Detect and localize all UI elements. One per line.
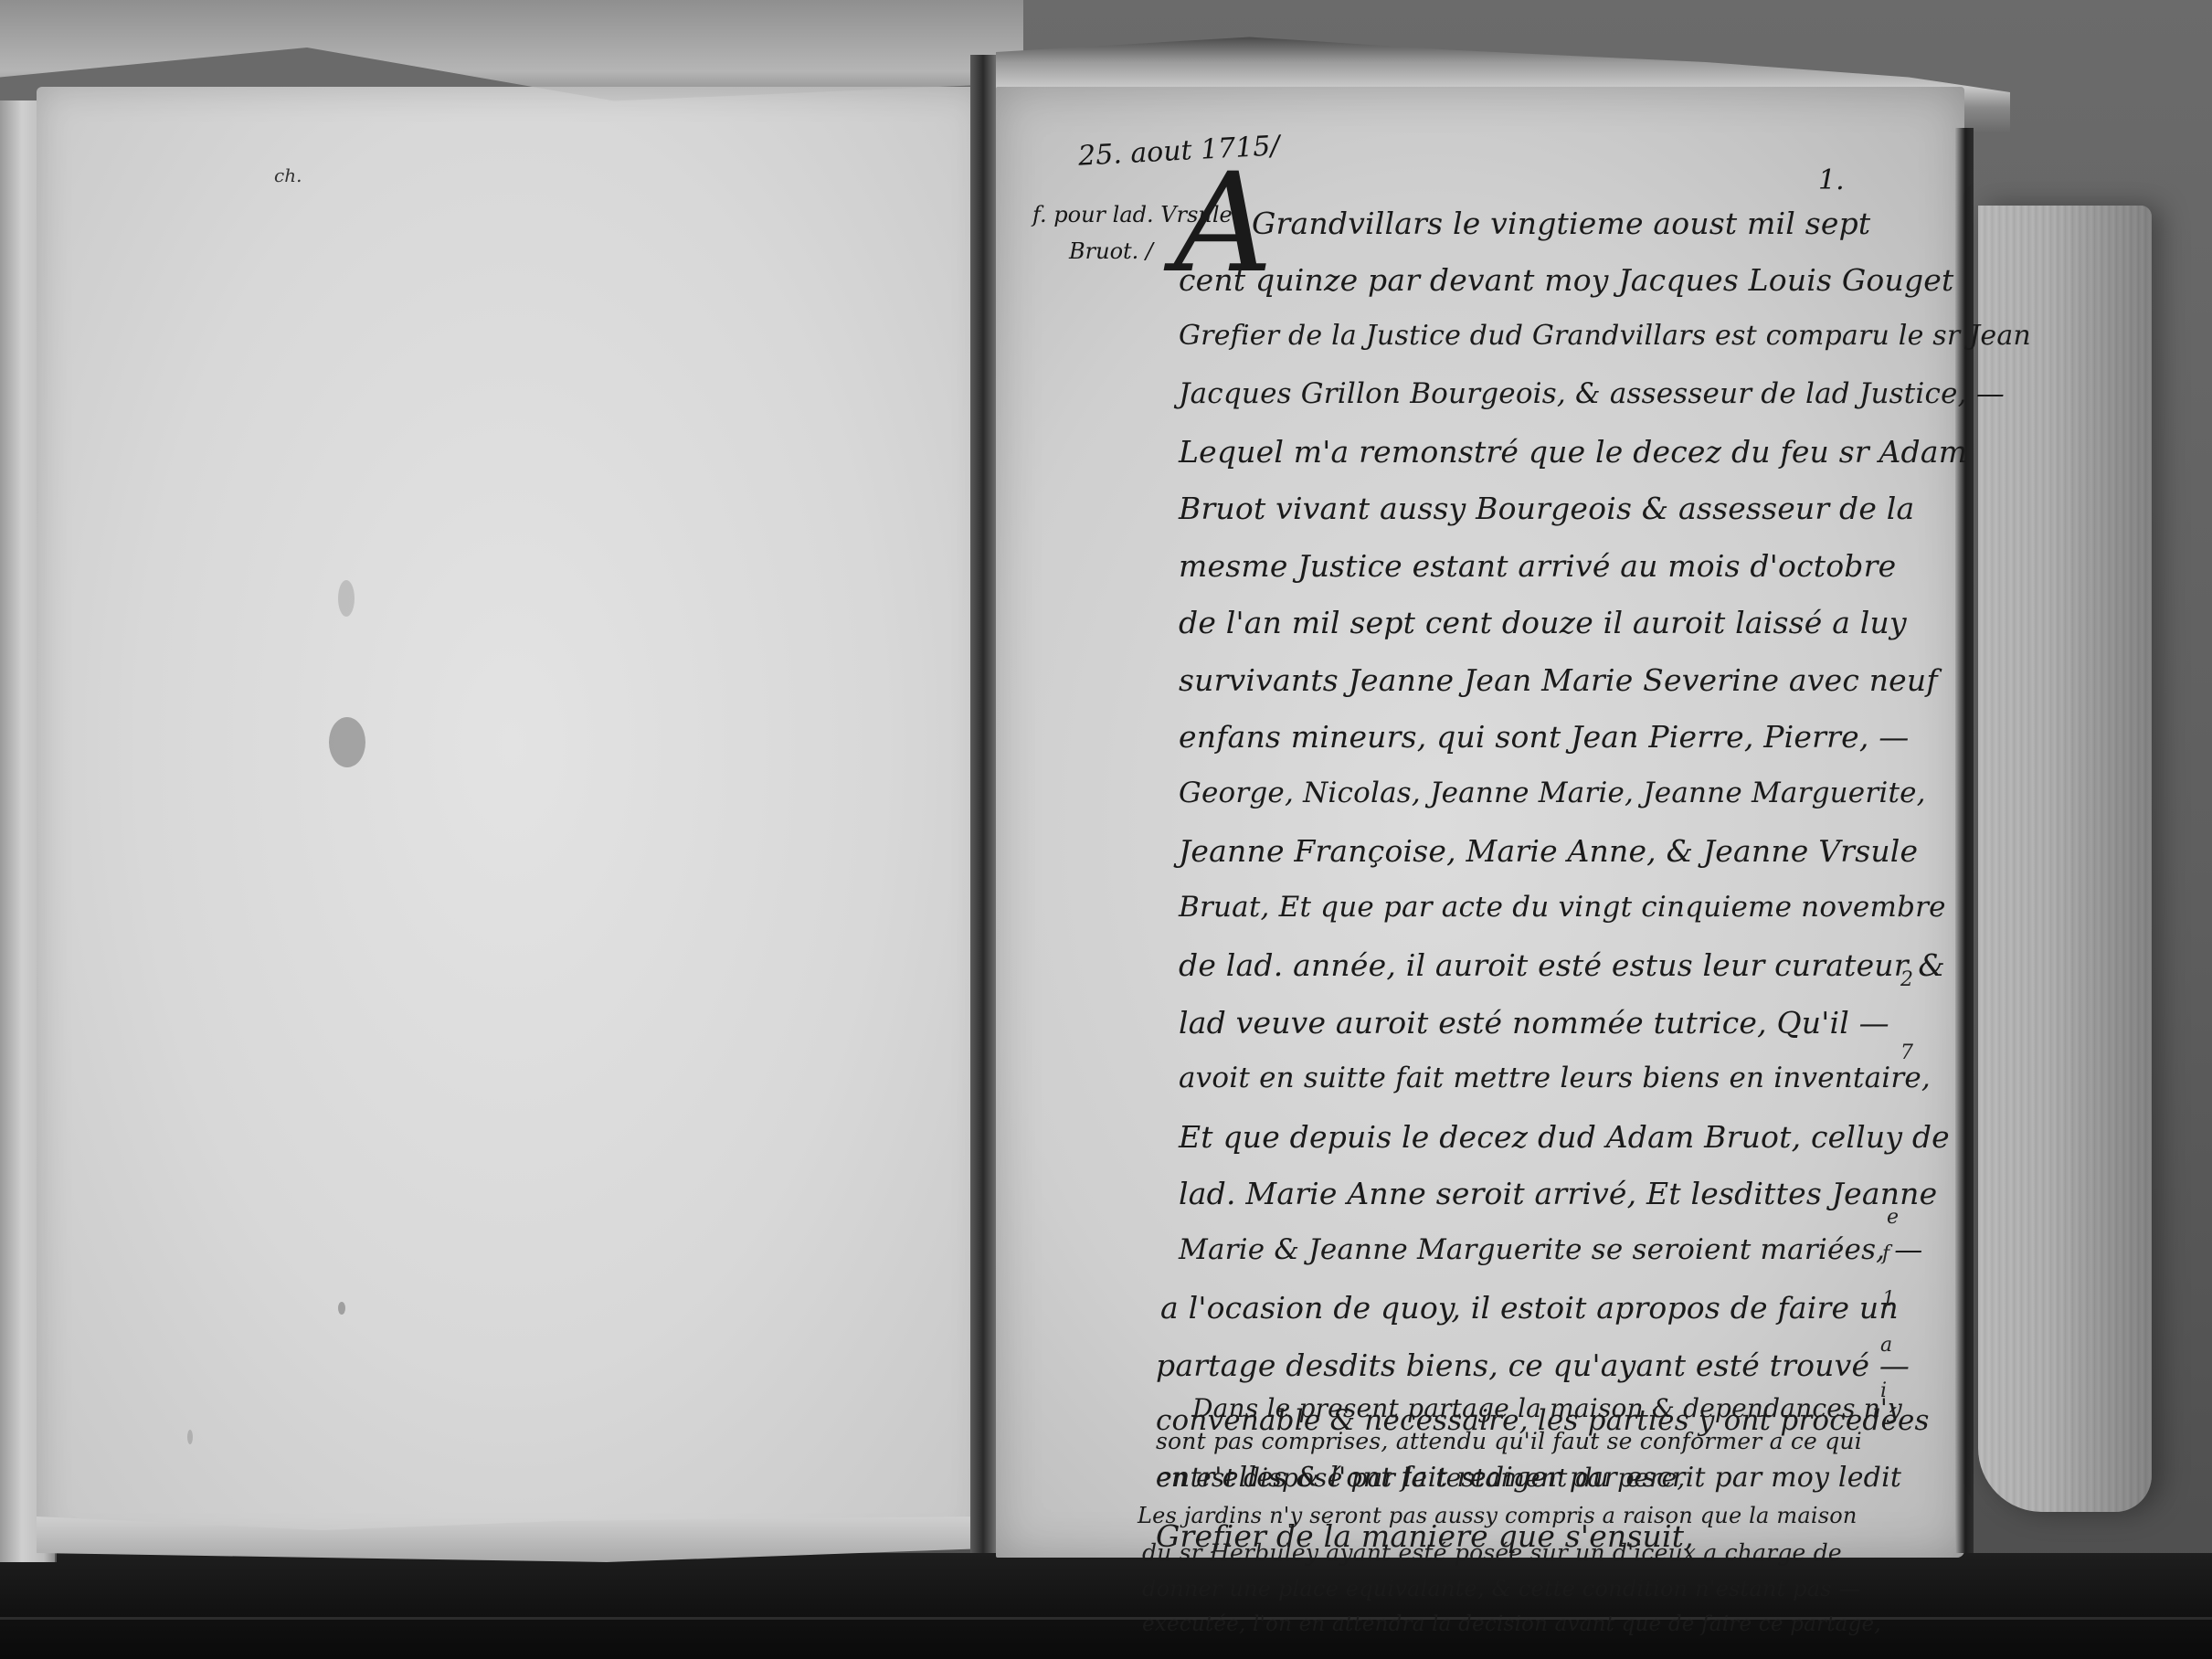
text-line: survivants Jeanne Jean Marie Severine av… (1179, 662, 1938, 698)
text-line: executée, l'on en attendra la decision a… (1142, 1612, 1881, 1636)
text-line: donner une place equivalante, & cette co… (1142, 1576, 1861, 1601)
text-line: Les jardins n'y seront pas aussy compris… (1138, 1503, 1857, 1528)
left-page-stray-mark: ch. (274, 164, 302, 186)
text-line: Lequel m'a remonstré que le decez du feu… (1179, 434, 1967, 470)
text-line: George, Nicolas, Jeanne Marie, Jeanne Ma… (1179, 777, 1926, 809)
text-line: de l'an mil sept cent douze il auroit la… (1179, 605, 1907, 640)
text-line: Et que depuis le decez dud Adam Bruot, c… (1179, 1119, 1950, 1155)
text-line: Grandvillars le vingtieme aoust mil sept (1252, 206, 1870, 241)
ink-dot (187, 1430, 193, 1444)
table-surface (0, 1553, 2212, 1659)
text-line: Dans le present partage la maison & depe… (1192, 1393, 1902, 1423)
text-line: a l'ocasion de quoy, il estoit apropos d… (1160, 1290, 1899, 1326)
margin-mark: 7 (1900, 1041, 1913, 1064)
text-line: lad veuve auroit esté nommée tutrice, Qu… (1179, 1005, 1889, 1041)
text-line: lad. Marie Anne seroit arrivé, Et lesdit… (1179, 1176, 1937, 1211)
text-line: mesme Justice estant arrivé au mois d'oc… (1179, 548, 1896, 584)
text-line: du sr Herbuley ayant esté posée sur un d… (1142, 1539, 1842, 1566)
margin-mark: i (1880, 1379, 1887, 1402)
text-line: enfans mineurs, qui sont Jean Pierre, Pi… (1179, 719, 1909, 755)
text-line: Jeanne Françoise, Marie Anne, & Jeanne V… (1179, 833, 1918, 869)
text-line: Bruot vivant aussy Bourgeois & assesseur… (1179, 491, 1914, 526)
text-line: avoit en suitte fait mettre leurs biens … (1179, 1062, 1931, 1094)
ink-dot (338, 1302, 345, 1315)
text-line: partage desdits biens, ce qu'ayant esté … (1156, 1347, 1910, 1383)
margin-mark: f (1882, 1242, 1889, 1265)
margin-mark: 1 (1882, 1288, 1895, 1311)
book-gutter (970, 55, 996, 1553)
text-line: Bruat, Et que par acte du vingt cinquiem… (1179, 891, 1946, 924)
right-page-manuscript (996, 87, 1964, 1558)
text-line: cent quinze par devant moy Jacques Louis… (1179, 262, 1953, 298)
margin-mark: a (1880, 1334, 1892, 1357)
text-line: en est disposé par le testament du pere, (1156, 1463, 1685, 1493)
text-line: sont pas comprises, attendu qu'il faut s… (1156, 1428, 1862, 1454)
text-line: de lad. année, il auroit esté estus leur… (1179, 947, 1945, 983)
text-line: Jacques Grillon Bourgeois, & assesseur d… (1179, 377, 2005, 410)
text-line: Marie & Jeanne Marguerite se seroient ma… (1179, 1233, 1922, 1266)
margin-mark: e (1887, 1206, 1899, 1229)
stain (329, 717, 365, 767)
stain (338, 580, 355, 617)
left-page-blank (37, 87, 987, 1548)
margin-mark: 2 (1900, 968, 1913, 991)
folio-number: 1. (1818, 164, 1845, 196)
text-line: Grefier de la Justice dud Grandvillars e… (1179, 320, 2031, 352)
